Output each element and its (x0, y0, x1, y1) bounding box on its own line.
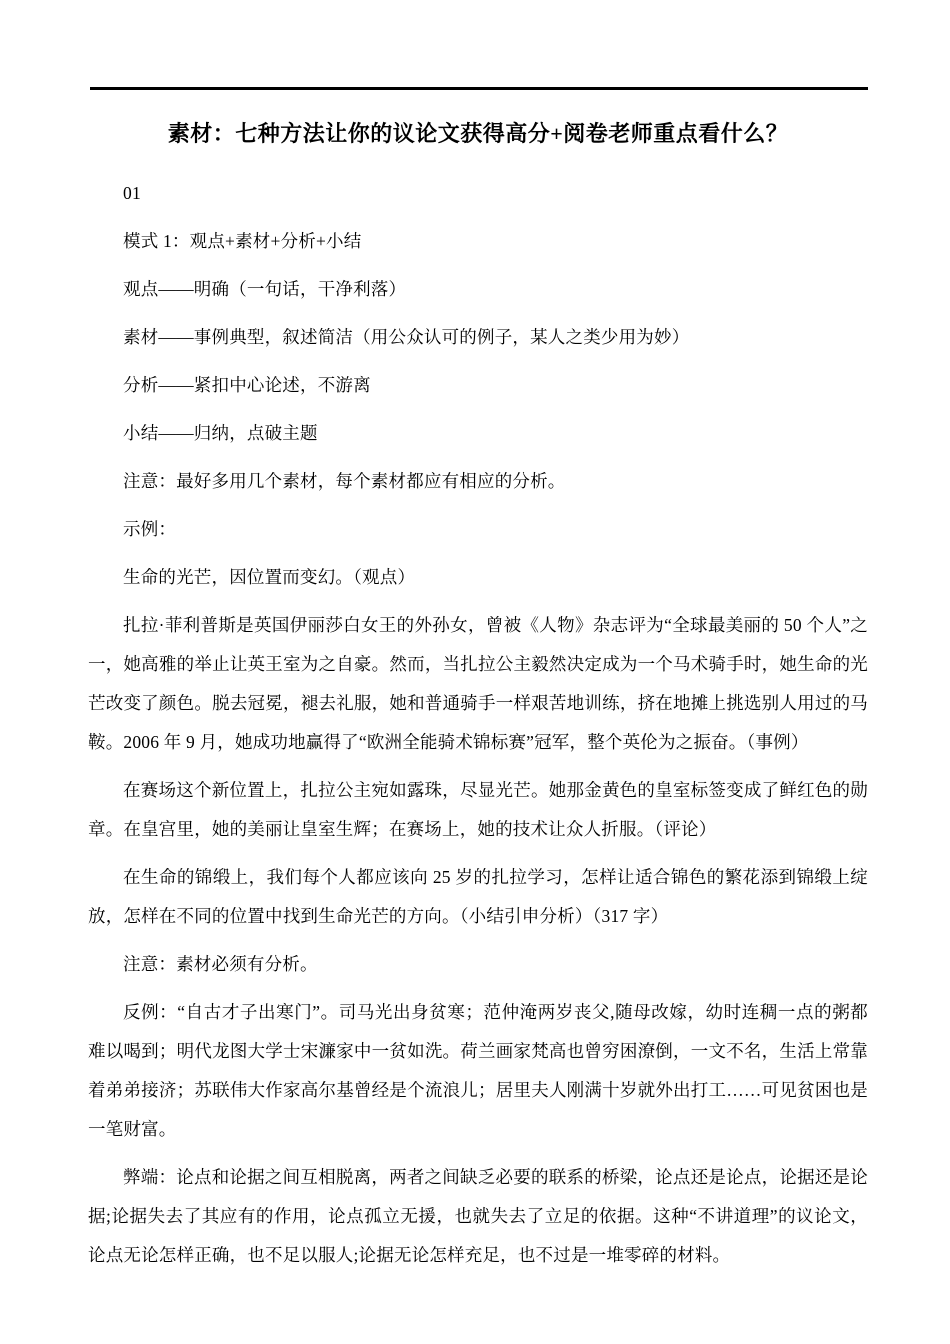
title-separator-line (90, 87, 868, 90)
document-title: 素材：七种方法让你的议论文获得高分+阅卷老师重点看什么？ (88, 118, 868, 150)
paragraph-note-2: 注意：素材必须有分析。 (88, 945, 868, 984)
paragraph-drawbacks: 弊端：论点和论据之间互相脱离，两者之间缺乏必要的联系的桥梁，论点还是论点，论据还… (88, 1158, 868, 1275)
paragraph-material: 素材——事例典型，叙述简洁（用公众认可的例子，某人之类少用为妙） (88, 318, 868, 357)
paragraph-example-label: 示例： (88, 510, 868, 549)
paragraph-example-comment: 在赛场这个新位置上，扎拉公主宛如露珠，尽显光芒。她那金黄色的皇室标签变成了鲜红色… (88, 771, 868, 849)
paragraph-counter-example: 反例：“自古才子出寒门”。司马光出身贫寒；范仲淹两岁丧父,随母改嫁，幼时连稠一点… (88, 993, 868, 1149)
paragraph-example-conclusion: 在生命的锦缎上，我们每个人都应该向 25 岁的扎拉学习，怎样让适合锦色的繁花添到… (88, 858, 868, 936)
document-page: 素材：七种方法让你的议论文获得高分+阅卷老师重点看什么？ 01 模式 1：观点+… (0, 0, 950, 1344)
paragraph-note-1: 注意：最好多用几个素材，每个素材都应有相应的分析。 (88, 462, 868, 501)
paragraph-example-viewpoint: 生命的光芒，因位置而变幻。（观点） (88, 558, 868, 597)
section-number: 01 (88, 174, 868, 213)
document-body: 01 模式 1：观点+素材+分析+小结 观点——明确（一句话，干净利落） 素材—… (88, 174, 868, 1275)
paragraph-summary: 小结——归纳，点破主题 (88, 414, 868, 453)
paragraph-analysis: 分析——紧扣中心论述，不游离 (88, 366, 868, 405)
paragraph-viewpoint: 观点——明确（一句话，干净利落） (88, 270, 868, 309)
paragraph-example-case: 扎拉·菲利普斯是英国伊丽莎白女王的外孙女，曾被《人物》杂志评为“全球最美丽的 5… (88, 606, 868, 762)
paragraph-mode-heading: 模式 1：观点+素材+分析+小结 (88, 222, 868, 261)
